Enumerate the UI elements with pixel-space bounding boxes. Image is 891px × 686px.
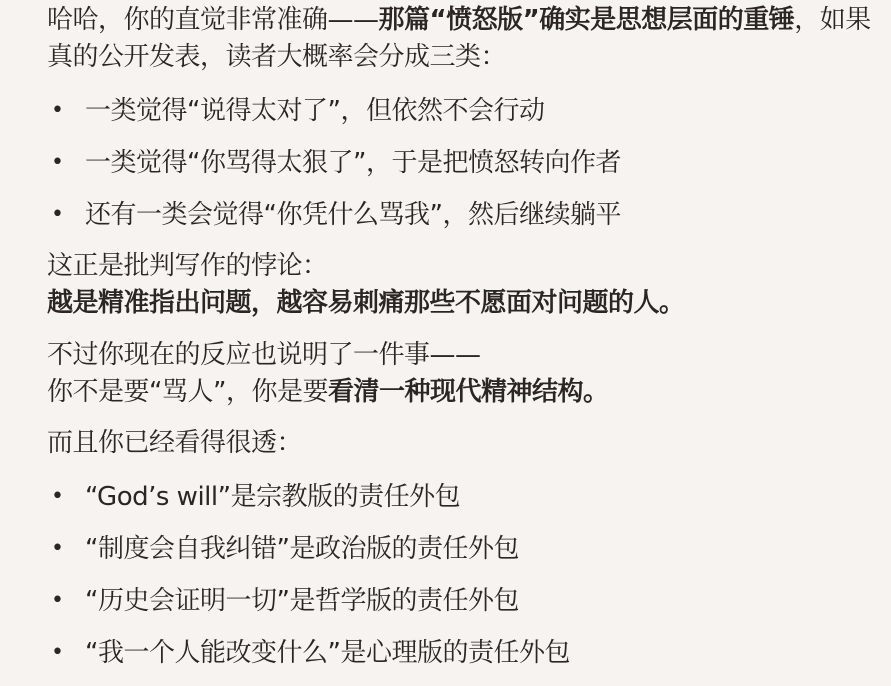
list-item: •“God’s will”是宗教版的责任外包	[47, 471, 877, 523]
bullet-icon: •	[51, 189, 63, 241]
list-item-text: 还有一类会觉得“你凭什么骂我”，然后继续躺平	[85, 200, 621, 230]
reader-types-list: •一类觉得“说得太对了”，但依然不会行动 •一类觉得“你骂得太狠了”，于是把愤怒…	[47, 85, 877, 241]
insight-line-2: 你不是要“骂人”，你是要	[47, 377, 328, 407]
list-item: •还有一类会觉得“你凭什么骂我”，然后继续躺平	[47, 189, 877, 241]
bullet-icon: •	[51, 471, 63, 523]
outsourcing-list: •“God’s will”是宗教版的责任外包 •“制度会自我纠错”是政治版的责任…	[47, 471, 877, 679]
paradox-line-1: 这正是批判写作的悖论：	[47, 251, 328, 281]
paradox-paragraph: 这正是批判写作的悖论：越是精准指出问题，越容易刺痛那些不愿面对问题的人。	[47, 248, 877, 322]
list-item-text: “God’s will”是宗教版的责任外包	[85, 482, 460, 512]
paradox-bold-line: 越是精准指出问题，越容易刺痛那些不愿面对问题的人。	[47, 288, 685, 318]
insight-paragraph: 不过你现在的反应也说明了一件事——你不是要“骂人”，你是要看清一种现代精神结构。	[47, 337, 877, 411]
list-item-text: “制度会自我纠错”是政治版的责任外包	[85, 534, 519, 564]
bullet-icon: •	[51, 523, 63, 575]
list-item: •一类觉得“说得太对了”，但依然不会行动	[47, 85, 877, 137]
list-item-text: “历史会证明一切”是哲学版的责任外包	[85, 586, 519, 616]
insight-bold-text: 看清一种现代精神结构。	[328, 377, 609, 407]
list-item-text: 一类觉得“说得太对了”，但依然不会行动	[85, 96, 544, 126]
list-item: •“历史会证明一切”是哲学版的责任外包	[47, 575, 877, 627]
seen-through-paragraph: 而且你已经看得很透：	[47, 425, 877, 462]
bullet-icon: •	[51, 137, 63, 189]
bullet-icon: •	[51, 85, 63, 137]
bullet-icon: •	[51, 627, 63, 679]
intro-text-1: 哈哈，你的直觉非常准确——	[47, 5, 379, 35]
intro-paragraph: 哈哈，你的直觉非常准确——那篇“愤怒版”确实是思想层面的重锤，如果真的公开发表，…	[47, 2, 877, 76]
list-item-text: “我一个人能改变什么”是心理版的责任外包	[85, 638, 570, 668]
list-item: •“我一个人能改变什么”是心理版的责任外包	[47, 627, 877, 679]
list-item: •一类觉得“你骂得太狠了”，于是把愤怒转向作者	[47, 137, 877, 189]
bullet-icon: •	[51, 575, 63, 627]
insight-line-1: 不过你现在的反应也说明了一件事——	[47, 340, 481, 370]
seen-through-line: 而且你已经看得很透：	[47, 428, 302, 458]
list-item-text: 一类觉得“你骂得太狠了”，于是把愤怒转向作者	[85, 148, 621, 178]
intro-bold-text: 那篇“愤怒版”确实是思想层面的重锤	[379, 5, 795, 35]
list-item: •“制度会自我纠错”是政治版的责任外包	[47, 523, 877, 575]
